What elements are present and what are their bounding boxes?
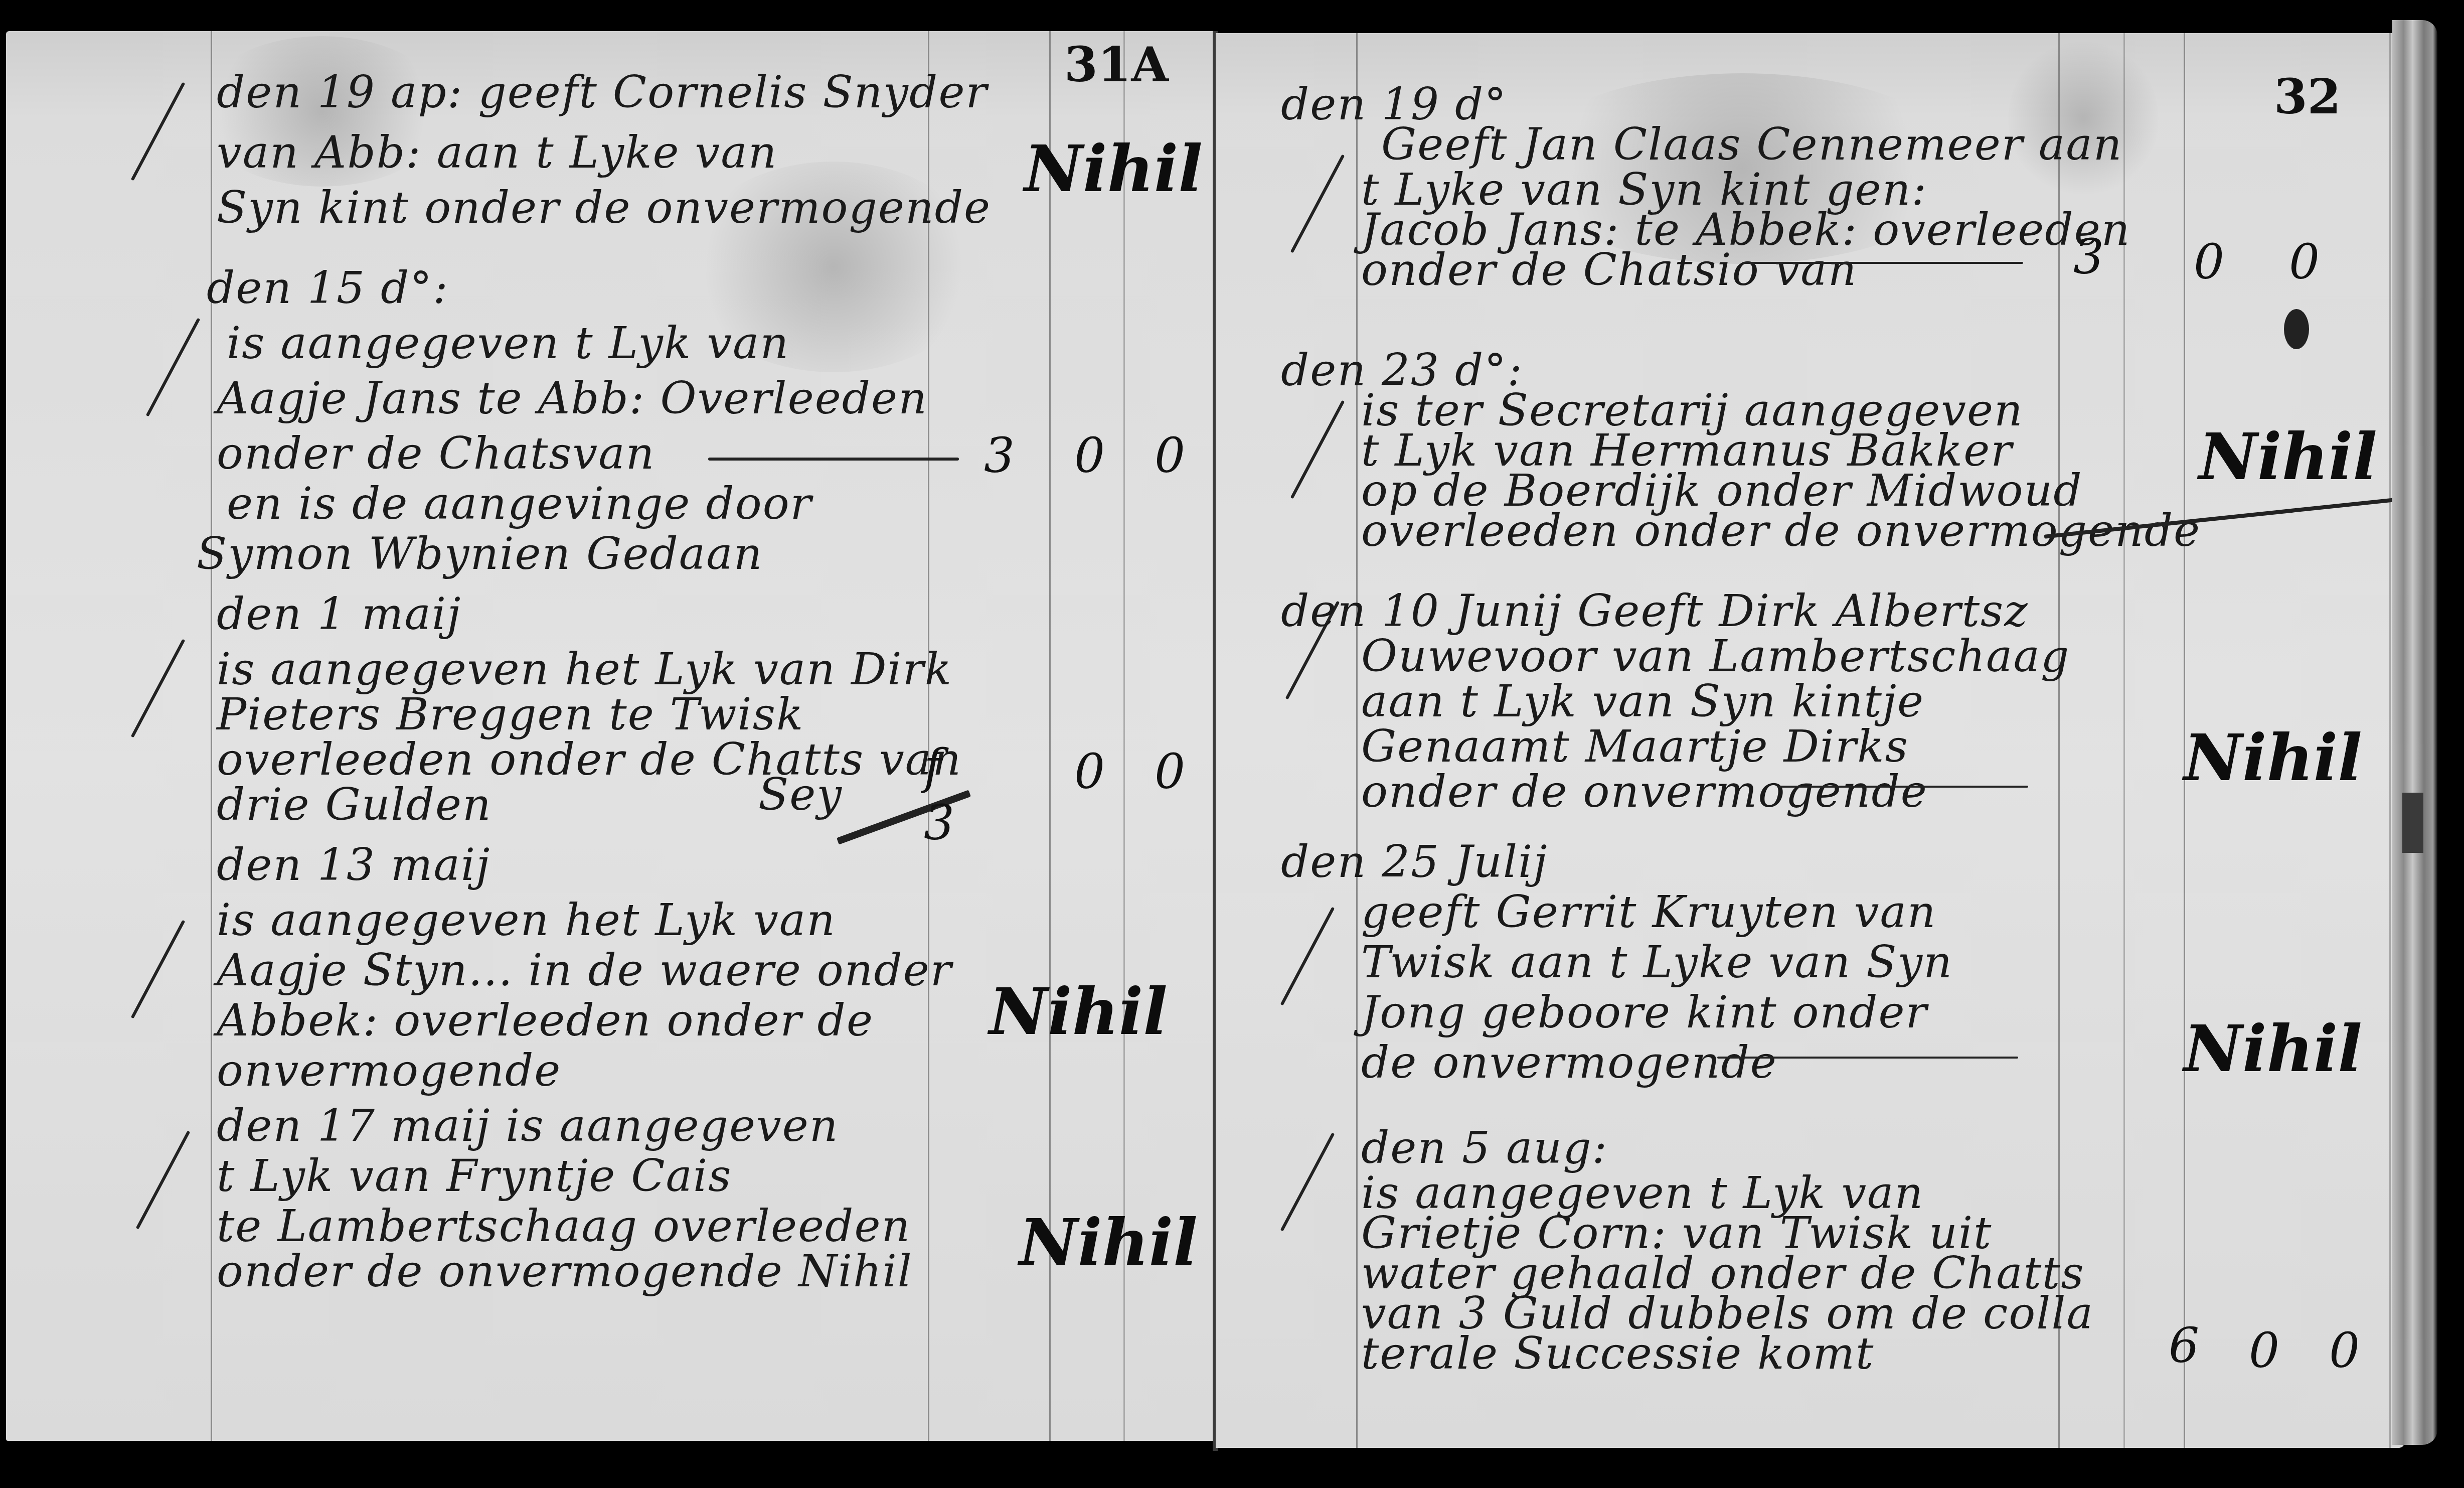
entry-line: den 25 Julij xyxy=(1281,836,1548,887)
amount-stuivers: 0 xyxy=(1074,427,1105,484)
entry-line: Aagje Jans te Abb: Overleeden xyxy=(217,372,928,424)
amount-nihil: Nihil xyxy=(1024,131,1203,207)
entry-line: overleeden onder de Chatts van xyxy=(217,733,962,785)
entry-line: den 15 d°: xyxy=(207,262,449,314)
amount-nihil: Nihil xyxy=(989,974,1168,1050)
entry-line: onder de Chatsio van xyxy=(1361,244,1857,295)
amount-penningen: 0 xyxy=(2329,1322,2360,1379)
entry-line: aan t Lyk van Syn kintje xyxy=(1361,675,1924,727)
entry-line: van Abb: aan t Lyke van xyxy=(217,126,777,178)
page-number: 32 xyxy=(2274,68,2341,125)
margin-rule xyxy=(211,31,212,1441)
entry-line: overleeden onder de onvermogende xyxy=(1361,505,2201,556)
amount-penningen: 0 xyxy=(1155,743,1185,800)
entry-line: drie Gulden xyxy=(217,779,492,830)
binding-clip xyxy=(2402,793,2423,853)
entry-line: t Lyk van Fryntje Cais xyxy=(217,1150,732,1202)
amount-nihil: Nihil xyxy=(1019,1205,1198,1280)
entry-line: is aangegeven het Lyk van xyxy=(217,894,836,946)
entry-line: Symon Wbynien Gedaan xyxy=(197,528,763,579)
entry-line: den 13 maij xyxy=(217,839,490,890)
amount-penningen: 0 xyxy=(1155,427,1185,484)
column-rule xyxy=(2389,33,2391,1448)
page-number: 31A xyxy=(1064,36,1169,93)
amount-stuivers: 0 xyxy=(2249,1322,2279,1379)
amount-stuivers: 0 xyxy=(1074,743,1105,800)
amount-nihil: Nihil xyxy=(2184,720,2362,796)
entry-line: Ouwevoor van Lambertschaag xyxy=(1361,630,2070,682)
left-page: 31A den 19 ap: geeft Cornelis Snyder van… xyxy=(6,31,1216,1441)
entry-line: Aagje Styn... in de waere onder xyxy=(217,944,952,996)
entry-line: den 1 maij xyxy=(217,588,461,640)
entry-line: onder de onvermogende Nihil xyxy=(217,1245,913,1297)
entry-line: is aangegeven het Lyk van Dirk xyxy=(217,643,952,695)
entry-line: de onvermogende xyxy=(1361,1036,1777,1088)
entry-line: onvermogende xyxy=(217,1045,561,1096)
entry-line: Pieters Breggen te Twisk xyxy=(217,688,804,740)
entry-line: Geeft Jan Claas Cennemeer aan xyxy=(1381,118,2122,170)
entry-line: en is de aangevinge door xyxy=(227,478,812,529)
entry-line: te Lambertschaag overleeden xyxy=(217,1200,911,1252)
book-page-edges xyxy=(2392,20,2437,1445)
entry-line: geeft Gerrit Kruyten van xyxy=(1361,886,1937,938)
entry-line: den 19 ap: geeft Cornelis Snyder xyxy=(217,66,988,118)
right-page: 32 den 19 d° Geeft Jan Claas Cennemeer a… xyxy=(1216,33,2404,1448)
entry-line: Sey xyxy=(758,769,843,820)
entry-line: den 17 maij is aangegeven xyxy=(217,1100,839,1151)
margin-rule xyxy=(1356,33,1358,1448)
amount-guilders: 3 xyxy=(984,427,1015,484)
entry-line: onder de onvermogende xyxy=(1361,766,1928,817)
entry-line: Twisk aan t Lyke van Syn xyxy=(1361,936,1953,988)
amount-nihil: Nihil xyxy=(2184,1011,2362,1087)
entry-line: den 5 aug: xyxy=(1361,1122,1608,1173)
amount-stuivers: 0 xyxy=(2194,234,2224,290)
amount-guilders: 6 xyxy=(2169,1317,2199,1374)
amount-guilders: f 3 xyxy=(924,738,954,851)
entry-line: Abbek: overleeden onder de xyxy=(217,994,874,1046)
amount-guilders: 3 xyxy=(2073,229,2104,285)
amount-penningen: 0 xyxy=(2289,234,2320,290)
entry-line: terale Successie komt xyxy=(1361,1327,1874,1379)
entry-line: Genaamt Maartje Dirks xyxy=(1361,720,1909,772)
entry-line: Jong geboore kint onder xyxy=(1361,986,1928,1038)
entry-line: onder de Chatsvan xyxy=(217,427,655,479)
entry-line: den 10 Junij Geeft Dirk Albertsz xyxy=(1281,585,2029,637)
amount-nihil: Nihil xyxy=(2199,419,2377,495)
entry-line: is aangegeven t Lyk van xyxy=(227,317,789,369)
entry-line: Syn kint onder de onvermogende xyxy=(217,182,991,233)
